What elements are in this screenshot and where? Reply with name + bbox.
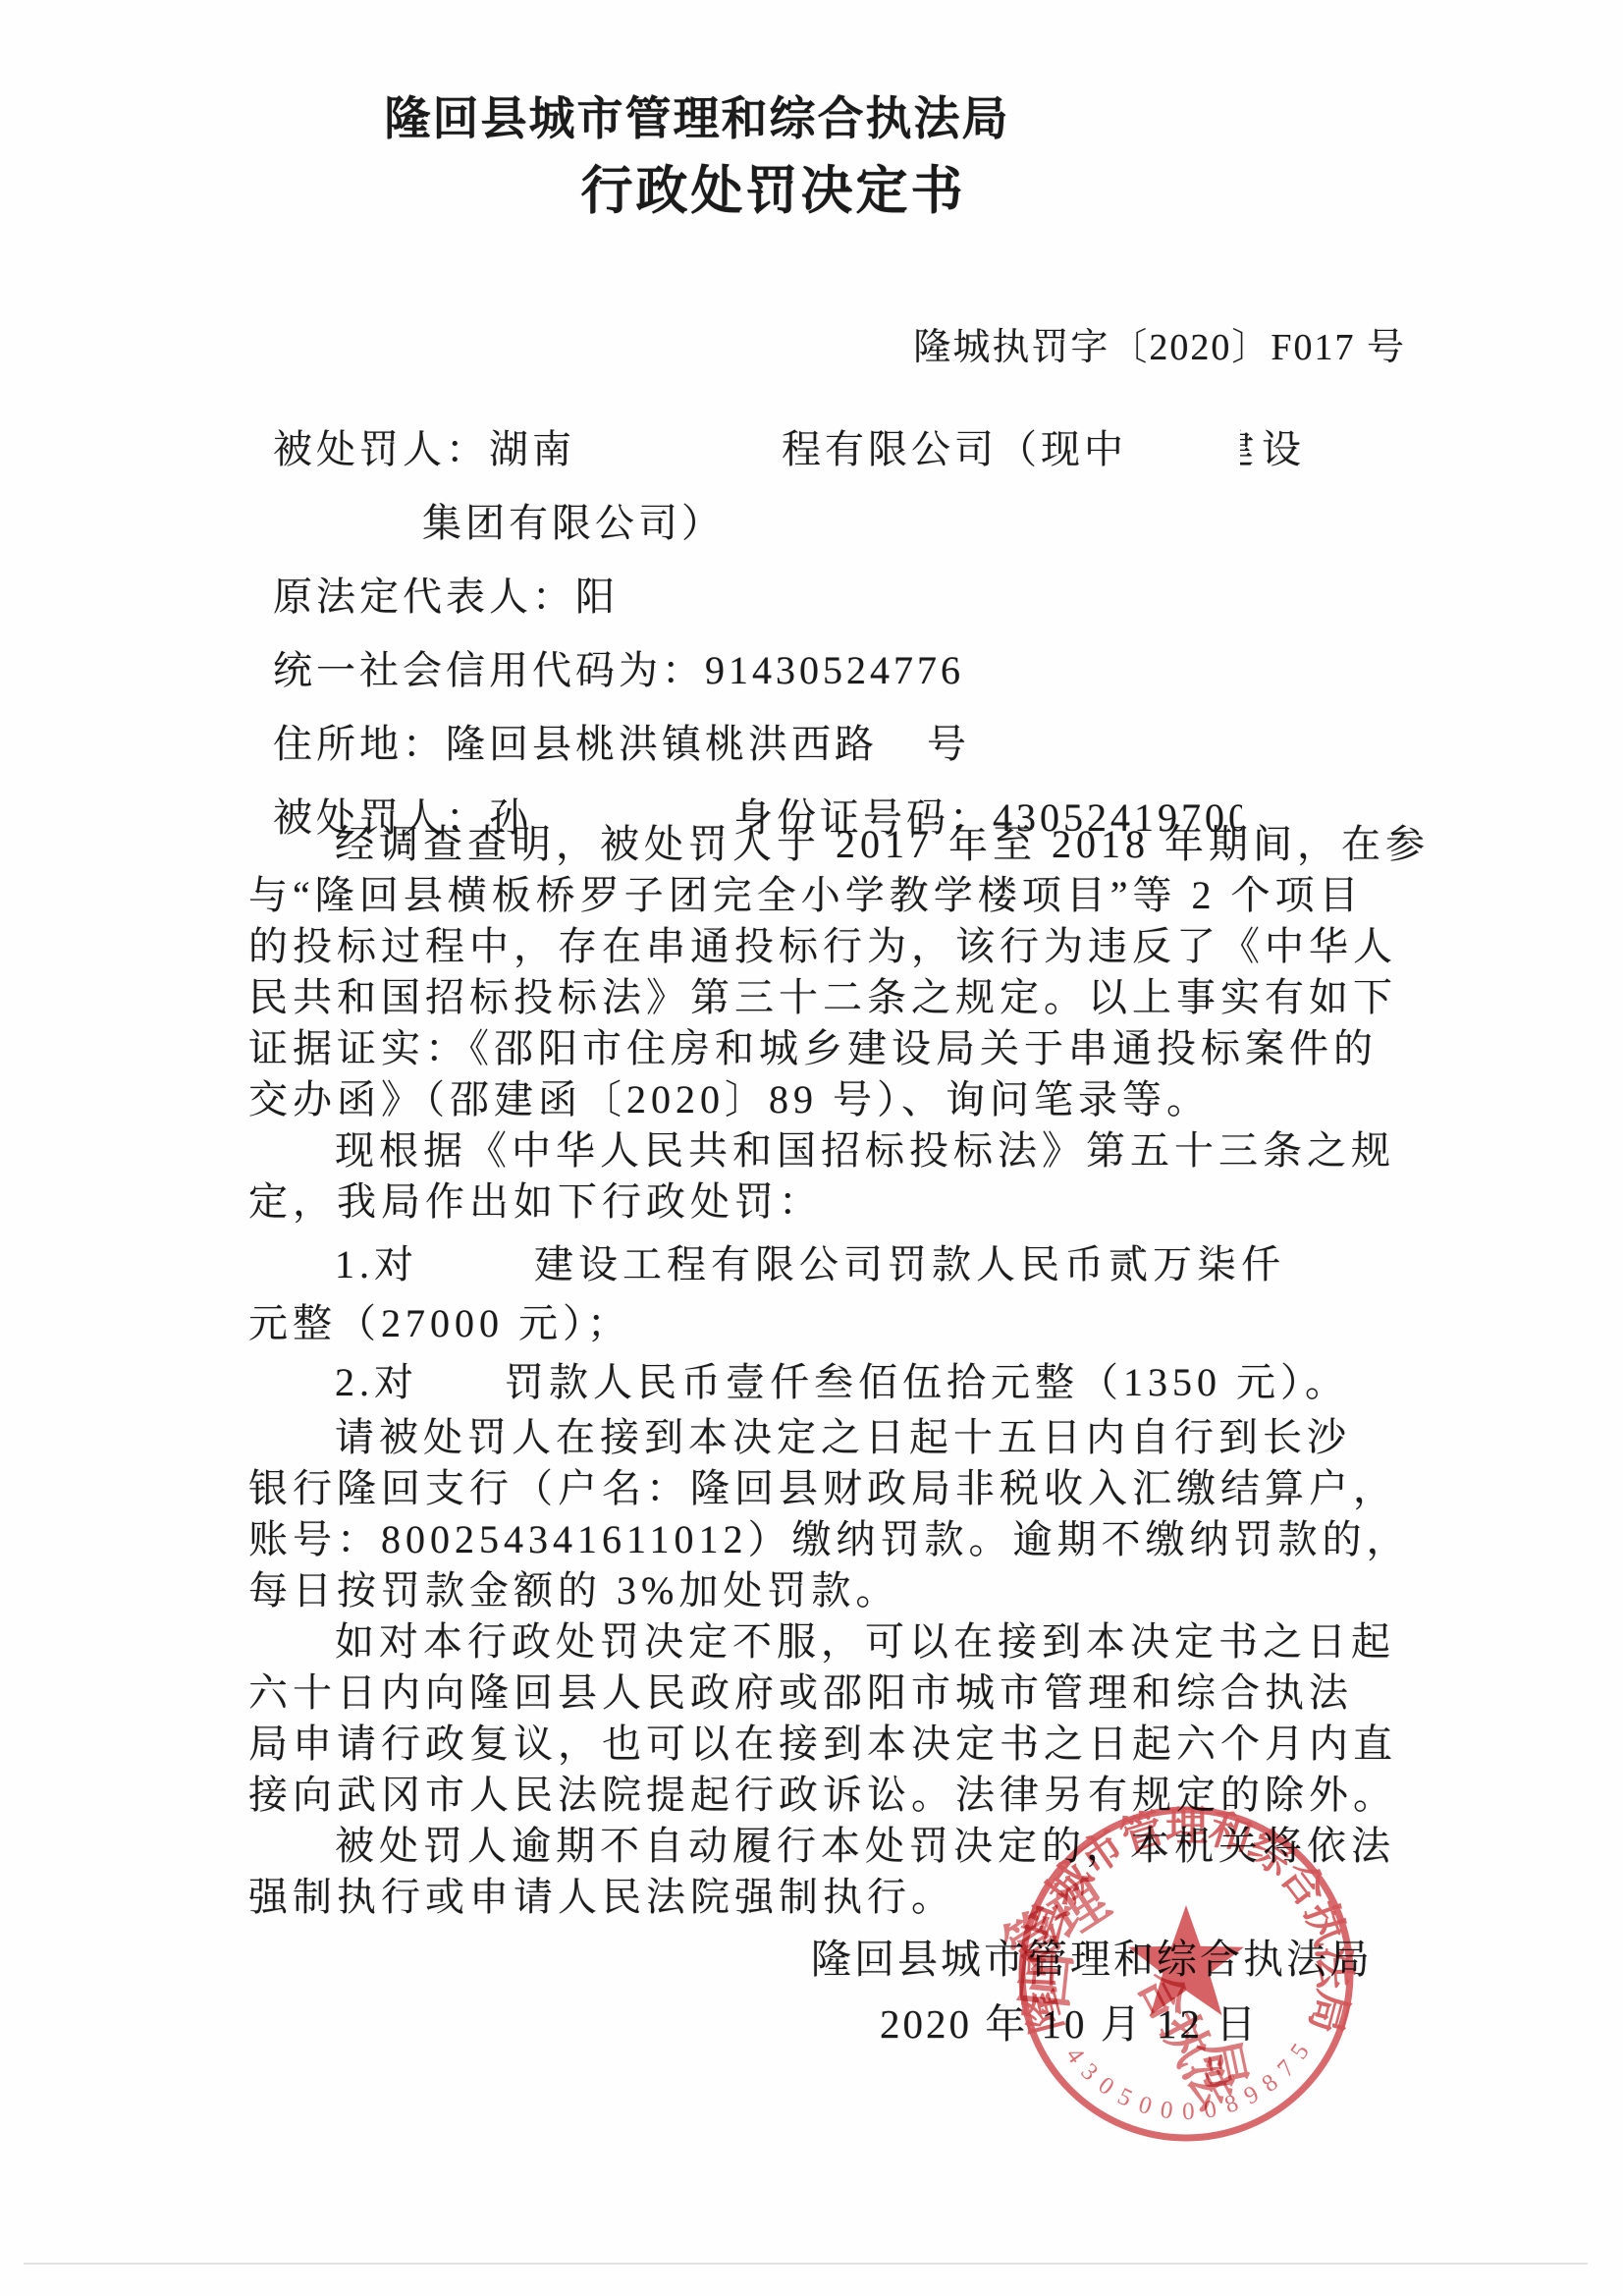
penalty-item-1-wrap: 元整（27000 元）； xyxy=(248,1294,1419,1353)
redaction-gap xyxy=(575,462,782,463)
body-line: 银行隆回支行（户名：隆回县财政局非税收入汇缴结算户， xyxy=(248,1463,1419,1514)
body-line: 局申请行政复议，也可以在接到本决定书之日起六个月内直 xyxy=(248,1719,1419,1770)
punished-label-and-name: 被处罚人：湖南 xyxy=(273,427,575,471)
body-line: 请被处罚人在接到本决定之日起十五日内自行到长沙 xyxy=(248,1412,1419,1463)
body-line: 的投标过程中，存在串通投标行为，该行为违反了《中华人 xyxy=(248,921,1419,972)
body-line: 证据证实：《邵阳市住房和城乡建设局关于串通投标案件的 xyxy=(248,1023,1419,1074)
decision-body: 经调查查明，被处罚人于 2017 年至 2018 年期间，在参 与“隆回县横板桥… xyxy=(248,819,1419,1923)
party-info-block: 被处罚人：湖南程有限公司（现中建设 集团有限公司） 原法定代表人：阳 统一社会信… xyxy=(273,412,1417,854)
body-line: 交办函》（邵建函〔2020〕89 号）、询问笔录等。 xyxy=(248,1074,1419,1125)
field-line-credit-code: 统一社会信用代码为：91430524776 xyxy=(273,633,1417,707)
body-line: 现根据《中华人民共和国招标投标法》第五十三条之规 xyxy=(248,1125,1419,1176)
body-line: 与“隆回县横板桥罗子团完全小学教学楼项目”等 2 个项目 xyxy=(248,870,1419,921)
partial-character: 建 xyxy=(1240,412,1262,486)
company-name-fragment: 程有限公司（现中 xyxy=(782,427,1127,471)
penalty-item-text: 罚款人民币壹仟叁佰伍拾元整（1350 元）。 xyxy=(505,1360,1349,1404)
address-text: 住所地：隆回县桃洪镇桃洪西路 xyxy=(273,722,878,766)
redaction-gap xyxy=(1127,462,1240,463)
body-line: 经调查查明，被处罚人于 2017 年至 2018 年期间，在参 xyxy=(248,819,1419,870)
body-line: 每日按罚款金额的 3%加处罚款。 xyxy=(248,1565,1419,1616)
field-line-company-wrap: 集团有限公司） xyxy=(273,486,1417,560)
body-line: 六十日内向隆回县人民政府或邵阳市城市管理和综合执法 xyxy=(248,1667,1419,1719)
field-line-punished-company: 被处罚人：湖南程有限公司（现中建设 xyxy=(273,412,1417,486)
document-number: 隆城执罚字〔2020〕F017 号 xyxy=(0,316,1406,370)
field-line-address: 住所地：隆回县桃洪镇桃洪西路号 xyxy=(273,707,1417,781)
field-line-legal-representative: 原法定代表人：阳 xyxy=(273,560,1417,633)
document-type-title: 行政处罚决定书 xyxy=(0,149,1546,224)
penalty-item-1: 1.对建设工程有限公司罚款人民币贰万柒仟 xyxy=(248,1235,1419,1294)
scan-edge-artifact xyxy=(24,2263,1588,2265)
body-line: 定，我局作出如下行政处罚： xyxy=(248,1176,1419,1228)
scanned-document-page: 隆回县城市管理和综合执法局 行政处罚决定书 隆城执罚字〔2020〕F017 号 … xyxy=(0,0,1623,2296)
document-org-title: 隆回县城市管理和综合执法局 xyxy=(0,82,1394,148)
penalty-item-2: 2.对罚款人民币壹仟叁佰伍拾元整（1350 元）。 xyxy=(248,1353,1419,1412)
body-line: 如对本行政处罚决定不服，可以在接到本决定书之日起 xyxy=(248,1616,1419,1667)
redaction-gap xyxy=(418,1394,505,1395)
body-line: 民共和国招标投标法》第三十二条之规定。以上事实有如下 xyxy=(248,972,1419,1023)
penalty-item-number: 2.对 xyxy=(335,1360,418,1404)
company-name-tail: 设 xyxy=(1262,427,1305,471)
address-suffix: 号 xyxy=(927,722,970,766)
penalty-item-number: 1.对 xyxy=(335,1242,418,1286)
redaction-gap xyxy=(418,1277,534,1278)
redaction-gap xyxy=(878,756,927,757)
body-line: 账号：800254341611012）缴纳罚款。逾期不缴纳罚款的， xyxy=(248,1514,1419,1565)
penalty-item-text: 建设工程有限公司罚款人民币贰万柒仟 xyxy=(534,1242,1285,1286)
seal-overprint-fragment: 回 xyxy=(998,1945,1088,2013)
